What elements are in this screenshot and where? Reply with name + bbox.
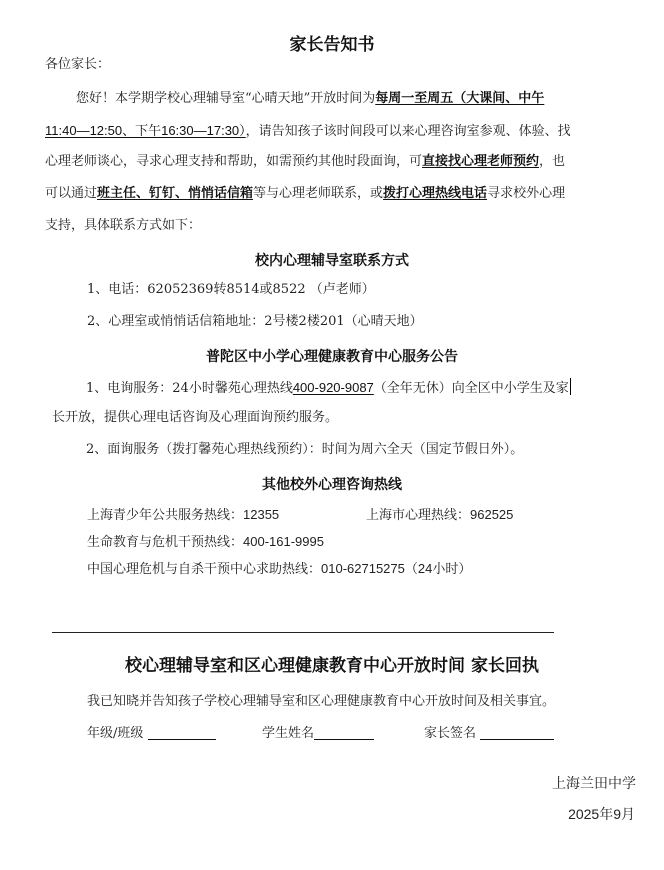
- opening-hours-emphasis: 每周一至周五（大课间、中午: [375, 91, 544, 106]
- grade-class-input[interactable]: [148, 726, 216, 740]
- cut-line-divider: [52, 632, 554, 633]
- document-date: 2025年9月: [568, 806, 635, 822]
- hotline-label: 生命教育与危机干预热线：: [87, 535, 243, 550]
- school-name: 上海兰田中学: [552, 775, 636, 791]
- parent-signature-input[interactable]: [480, 726, 554, 740]
- hotline-label: 上海青少年公共服务热线：: [87, 508, 243, 523]
- student-name-input[interactable]: [314, 726, 374, 740]
- hotline-crisis-center: 中国心理危机与自杀干预中心求助热线：010-62715275（24小时）: [87, 561, 471, 578]
- school-contact-address: 2、心理室或悄悄话信箱地址：2号楼2楼201（心晴天地）: [87, 314, 423, 330]
- hotline-number: 010-62715275（24小时）: [321, 561, 471, 576]
- receipt-title: 校心理辅导室和区心理健康教育中心开放时间 家长回执: [0, 651, 664, 676]
- field-label: 年级/班级: [87, 726, 143, 741]
- receipt-statement: 我已知晓并告知孩子学校心理辅导室和区心理健康教育中心开放时间及相关事宜。: [87, 694, 555, 710]
- field-label: 学生姓名: [262, 726, 314, 741]
- district-phone-service-cont: 长开放，提供心理电话咨询及心理面询预约服务。: [52, 410, 338, 426]
- xinyuan-hotline-number: 400-920-9087: [293, 380, 374, 395]
- intro-text: 可以通过: [45, 186, 97, 201]
- intro-line-2: 11:40—12:50、下午16:30—17:30），请告知孩子该时间段可以来心…: [45, 123, 571, 140]
- receipt-field-student-name: 学生姓名: [262, 726, 374, 742]
- hotline-number: 12355: [243, 507, 279, 522]
- district-face-service: 2、面询服务（拨打馨苑心理热线预约）：时间为周六全天（国定节假日外）。: [86, 442, 523, 458]
- school-contact-phone: 1、电话：62052369转8514或8522 （卢老师）: [87, 282, 375, 298]
- intro-text: ，也: [539, 154, 565, 169]
- intro-text: 心理老师谈心，寻求心理支持和帮助，如需预约其他时段面询，可: [45, 154, 422, 169]
- opening-hours-times: 11:40—12:50、下午16:30—17:30）: [45, 123, 246, 138]
- hotline-label: 上海市心理热线：: [366, 508, 470, 523]
- intro-line-1: 您好！本学期学校心理辅导室“心晴天地”开放时间为每周一至周五（大课间、中午: [76, 91, 544, 107]
- district-section-heading: 普陀区中小学心理健康教育中心服务公告: [0, 346, 664, 366]
- hotline-number: 962525: [470, 507, 513, 522]
- hotline-life-education: 生命教育与危机干预热线：400-161-9995: [87, 534, 324, 551]
- receipt-field-grade-class: 年级/班级: [87, 726, 216, 742]
- text-cursor: [570, 378, 571, 395]
- field-label: 家长签名: [424, 726, 476, 741]
- salutation: 各位家长：: [45, 57, 110, 73]
- intro-text: 寻求校外心理: [487, 186, 565, 201]
- hotline-youth: 上海青少年公共服务热线：12355: [87, 507, 279, 524]
- receipt-field-parent-signature: 家长签名: [424, 726, 554, 742]
- district-phone-service: 1、电询服务：24小时馨苑心理热线400-920-9087（全年无休）向全区中小…: [86, 378, 571, 397]
- intro-line-4: 可以通过班主任、钉钉、悄悄话信箱等与心理老师联系，或拨打心理热线电话寻求校外心理: [45, 186, 565, 202]
- document-title: 家长告知书: [0, 30, 664, 55]
- school-section-heading: 校内心理辅导室联系方式: [0, 250, 664, 270]
- external-section-heading: 其他校外心理咨询热线: [0, 474, 664, 494]
- intro-text: ，请告知孩子该时间段可以来心理咨询室参观、体验、找: [246, 124, 571, 139]
- hotline-emphasis: 拨打心理热线电话: [383, 186, 487, 201]
- contact-channels-emphasis: 班主任、钉钉、悄悄话信箱: [97, 186, 253, 201]
- hotline-label: 中国心理危机与自杀干预中心求助热线：: [87, 562, 321, 577]
- intro-text: 等与心理老师联系，或: [253, 186, 383, 201]
- hotline-number: 400-161-9995: [243, 534, 324, 549]
- hotline-shanghai: 上海市心理热线：962525: [366, 507, 513, 524]
- intro-line-3: 心理老师谈心，寻求心理支持和帮助，如需预约其他时段面询，可直接找心理老师预约，也: [45, 154, 565, 170]
- service-text: 1、电询服务：24小时馨苑心理热线: [86, 381, 293, 396]
- intro-text: 您好！本学期学校心理辅导室“心晴天地”开放时间为: [76, 91, 375, 106]
- intro-line-5: 支持，具体联系方式如下：: [45, 218, 201, 234]
- appointment-emphasis: 直接找心理老师预约: [422, 154, 539, 169]
- service-text: （全年无休）向全区中小学生及家: [374, 381, 569, 396]
